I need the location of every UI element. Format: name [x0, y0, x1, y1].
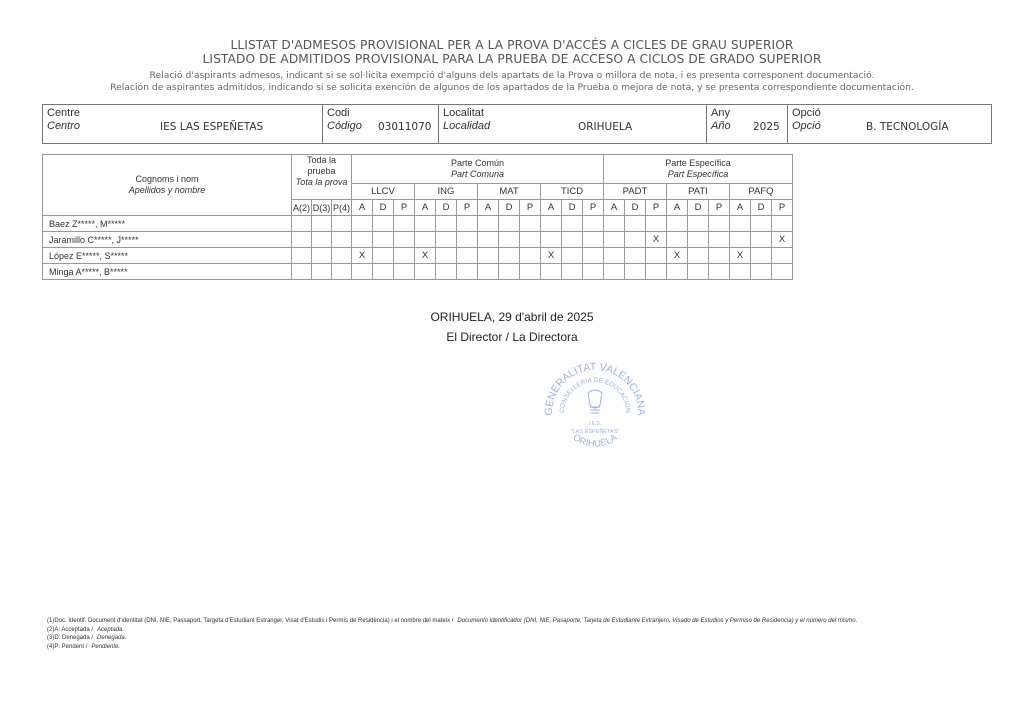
mark-cell: [583, 232, 604, 248]
mark-cell: [772, 264, 793, 280]
mark-cell: [457, 264, 478, 280]
mark-cell: [604, 264, 625, 280]
candidate-name: Minga A*****, B*****: [43, 264, 292, 280]
mark-cell: X: [541, 248, 562, 264]
status-col-header: A: [415, 200, 436, 216]
mark-cell: [625, 248, 646, 264]
mark-cell: [688, 264, 709, 280]
mark-cell: [688, 232, 709, 248]
mark-cell: [415, 216, 436, 232]
mark-cell: [394, 248, 415, 264]
mark-cell: [394, 232, 415, 248]
mark-cell: [499, 264, 520, 280]
localitat-cell: LocalitatLocalidad ORIHUELA: [439, 105, 707, 143]
footnote-2: (2)A: Acceptada /Aceptada.: [47, 626, 987, 635]
status-col-header: A: [352, 200, 373, 216]
status-col-header: P: [646, 200, 667, 216]
status-col-header: D: [562, 200, 583, 216]
toda-col-header: P(4): [332, 200, 352, 216]
mark-cell: [541, 264, 562, 280]
mark-cell: [709, 248, 730, 264]
opcio-value: B. TECNOLOGÍA: [866, 121, 949, 133]
svg-text:I.E.S.: I.E.S.: [589, 421, 601, 427]
toda-cell: [312, 232, 332, 248]
svg-text:"LAS ESPEÑETAS": "LAS ESPEÑETAS": [571, 428, 619, 435]
mark-cell: [520, 248, 541, 264]
subject-header-padt: PADT: [604, 184, 667, 200]
candidate-name: Baez Z*****, M*****: [43, 216, 292, 232]
mark-cell: [688, 216, 709, 232]
mark-cell: [667, 216, 688, 232]
title-valencian: LLISTAT D'ADMESOS PROVISIONAL PER A LA P…: [0, 38, 1024, 52]
mark-cell: [394, 264, 415, 280]
codi-label: Codi: [327, 107, 350, 119]
toda-col-header: A(2): [292, 200, 312, 216]
subject-header-ing: ING: [415, 184, 478, 200]
codi-cell: CodiCódigo 03011070: [323, 105, 439, 143]
toda-cell: [292, 216, 312, 232]
mark-cell: [436, 216, 457, 232]
status-col-header: P: [583, 200, 604, 216]
mark-cell: [709, 216, 730, 232]
toda-cell: [292, 232, 312, 248]
candidate-name: López E*****, S*****: [43, 248, 292, 264]
mark-cell: X: [667, 248, 688, 264]
mark-cell: [583, 216, 604, 232]
title-spanish: LISTADO DE ADMITIDOS PROVISIONAL PARA LA…: [0, 52, 1024, 66]
signature-block: ORIHUELA, 29 d'abril de 2025 El Director…: [0, 310, 1024, 344]
localitat-label-es: Localidad: [443, 120, 702, 133]
mark-cell: [709, 232, 730, 248]
status-col-header: D: [436, 200, 457, 216]
mark-cell: [436, 264, 457, 280]
status-col-header: A: [604, 200, 625, 216]
localitat-label: Localitat: [443, 107, 484, 119]
toda-cell: [332, 248, 352, 264]
footnotes: (1)Doc. Identif. Document d'identitat (D…: [47, 617, 987, 651]
status-col-header: A: [541, 200, 562, 216]
toda-cell: [332, 232, 352, 248]
footnote-4: (4)P: Pendent /Pendiente.: [47, 643, 987, 652]
toda-cell: [312, 216, 332, 232]
mark-cell: [730, 232, 751, 248]
mark-cell: [625, 216, 646, 232]
mark-cell: X: [730, 248, 751, 264]
official-stamp-icon: GENERALITAT VALENCIANA CONSELLERIA DE ED…: [540, 355, 650, 465]
mark-cell: [499, 248, 520, 264]
status-col-header: D: [373, 200, 394, 216]
toda-cell: [332, 264, 352, 280]
toda-col-header: D(3): [312, 200, 332, 216]
subject-header-mat: MAT: [478, 184, 541, 200]
table-row: Minga A*****, B*****: [43, 264, 793, 280]
footnote-3: (3)D: Denegada /Denegada.: [47, 634, 987, 643]
mark-cell: [751, 216, 772, 232]
status-col-header: D: [625, 200, 646, 216]
toda-cell: [312, 264, 332, 280]
mark-cell: [667, 232, 688, 248]
mark-cell: [394, 216, 415, 232]
mark-cell: [520, 264, 541, 280]
mark-cell: [751, 248, 772, 264]
status-col-header: D: [499, 200, 520, 216]
name-column-header: Cognoms i nomApellidos y nombre: [43, 155, 292, 216]
localitat-value: ORIHUELA: [578, 121, 632, 133]
subtitle-valencian: Relació d'aspirants admesos, indicant si…: [0, 70, 1024, 82]
toda-prueba-header: Toda la pruebaTota la prova: [292, 155, 352, 200]
status-col-header: P: [709, 200, 730, 216]
mark-cell: [415, 232, 436, 248]
candidate-name: Jaramillo C*****, J*****: [43, 232, 292, 248]
toda-cell: [292, 264, 312, 280]
mark-cell: X: [772, 232, 793, 248]
subject-header-pafq: PAFQ: [730, 184, 793, 200]
mark-cell: [646, 216, 667, 232]
any-value: 2025: [753, 121, 780, 133]
admitted-candidates-table: Cognoms i nomApellidos y nombreToda la p…: [42, 154, 793, 280]
mark-cell: [478, 216, 499, 232]
mark-cell: [604, 232, 625, 248]
mark-cell: [730, 264, 751, 280]
mark-cell: [520, 232, 541, 248]
parte-especifica-header: Parte EspecíficaPart Específica: [604, 155, 793, 184]
mark-cell: [352, 264, 373, 280]
status-col-header: P: [457, 200, 478, 216]
mark-cell: [457, 216, 478, 232]
status-col-header: A: [478, 200, 499, 216]
mark-cell: X: [415, 248, 436, 264]
mark-cell: [541, 216, 562, 232]
table-row: Jaramillo C*****, J*****XX: [43, 232, 793, 248]
mark-cell: [667, 264, 688, 280]
centre-value: IES LAS ESPEÑETAS: [160, 121, 263, 133]
mark-cell: [352, 232, 373, 248]
mark-cell: [646, 264, 667, 280]
mark-cell: [478, 248, 499, 264]
mark-cell: [583, 264, 604, 280]
status-col-header: A: [667, 200, 688, 216]
mark-cell: [478, 264, 499, 280]
table-row: López E*****, S*****XXXXX: [43, 248, 793, 264]
mark-cell: [520, 216, 541, 232]
mark-cell: [772, 216, 793, 232]
mark-cell: X: [646, 232, 667, 248]
toda-cell: [292, 248, 312, 264]
mark-cell: [604, 248, 625, 264]
mark-cell: [751, 264, 772, 280]
footnote-1: (1)Doc. Identif. Document d'identitat (D…: [47, 617, 987, 626]
mark-cell: [604, 216, 625, 232]
centre-info-box: CentreCentro IES LAS ESPEÑETAS CodiCódig…: [42, 104, 992, 144]
subject-header-pati: PATI: [667, 184, 730, 200]
status-col-header: P: [394, 200, 415, 216]
mark-cell: [562, 248, 583, 264]
mark-cell: [646, 248, 667, 264]
mark-cell: [709, 264, 730, 280]
mark-cell: [583, 248, 604, 264]
mark-cell: [352, 216, 373, 232]
mark-cell: [562, 232, 583, 248]
mark-cell: [478, 232, 499, 248]
mark-cell: [688, 248, 709, 264]
mark-cell: [625, 232, 646, 248]
mark-cell: [436, 248, 457, 264]
mark-cell: [730, 216, 751, 232]
place-date: ORIHUELA, 29 d'abril de 2025: [0, 310, 1024, 324]
any-cell: AnyAño 2025: [707, 105, 788, 143]
subtitle-spanish: Relación de aspirantes admitidos, indica…: [0, 82, 1024, 94]
mark-cell: [373, 264, 394, 280]
status-col-header: A: [730, 200, 751, 216]
mark-cell: [457, 232, 478, 248]
codi-value: 03011070: [378, 121, 431, 133]
mark-cell: [373, 216, 394, 232]
signatory-role: El Director / La Directora: [0, 330, 1024, 344]
name-header-es: Apellidos y nombre: [129, 185, 206, 195]
toda-cell: [332, 216, 352, 232]
mark-cell: [499, 232, 520, 248]
mark-cell: [457, 248, 478, 264]
centre-label: Centre: [47, 107, 80, 119]
mark-cell: [625, 264, 646, 280]
mark-cell: [541, 232, 562, 248]
mark-cell: [373, 248, 394, 264]
mark-cell: [772, 248, 793, 264]
subject-header-llcv: LLCV: [352, 184, 415, 200]
toda-cell: [312, 248, 332, 264]
subject-header-ticd: TICD: [541, 184, 604, 200]
status-col-header: P: [520, 200, 541, 216]
document-header: LLISTAT D'ADMESOS PROVISIONAL PER A LA P…: [0, 38, 1024, 94]
mark-cell: [373, 232, 394, 248]
mark-cell: [562, 264, 583, 280]
table-row: Baez Z*****, M*****: [43, 216, 793, 232]
mark-cell: [751, 232, 772, 248]
opcio-label: Opció: [792, 107, 821, 119]
mark-cell: [415, 264, 436, 280]
status-col-header: D: [688, 200, 709, 216]
status-col-header: P: [772, 200, 793, 216]
mark-cell: X: [352, 248, 373, 264]
mark-cell: [562, 216, 583, 232]
name-header-va: Cognoms i nom: [43, 174, 291, 185]
mark-cell: [436, 232, 457, 248]
opcio-cell: OpcióOpció B. TECNOLOGÍA: [788, 105, 991, 143]
mark-cell: [499, 216, 520, 232]
centre-cell: CentreCentro IES LAS ESPEÑETAS: [43, 105, 323, 143]
status-col-header: D: [751, 200, 772, 216]
any-label: Any: [711, 107, 730, 119]
parte-comun-header: Parte ComúnPart Comuna: [352, 155, 604, 184]
